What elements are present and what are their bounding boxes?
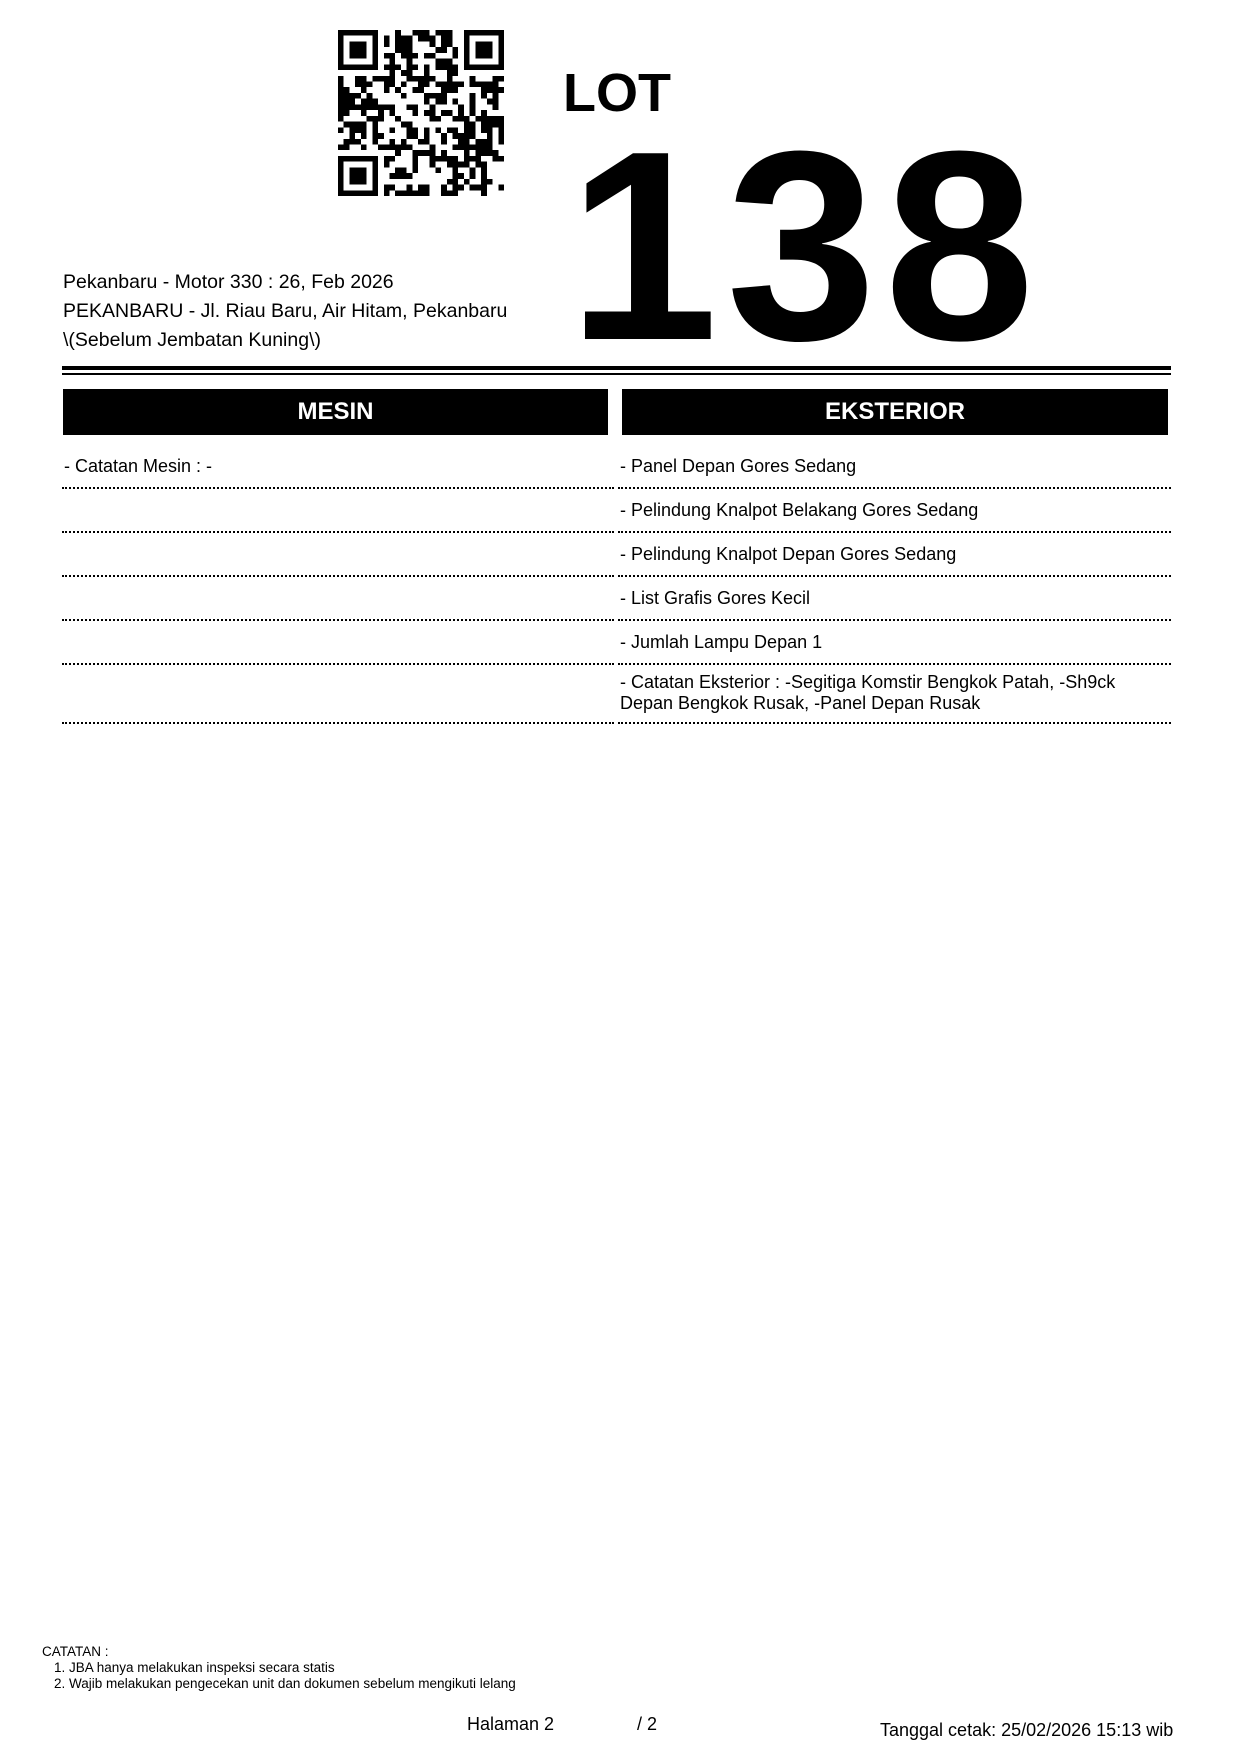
eksterior-row: - Pelindung Knalpot Depan Gores Sedang <box>618 536 1171 577</box>
section-header-eksterior: EKSTERIOR <box>622 389 1168 435</box>
auction-event-line: Pekanbaru - Motor 330 : 26, Feb 2026 <box>63 268 507 297</box>
note-item: JBA hanya melakukan inspeksi secara stat… <box>69 1660 516 1676</box>
note-item: Wajib melakukan pengecekan unit dan doku… <box>69 1676 516 1692</box>
eksterior-row: - Pelindung Knalpot Belakang Gores Sedan… <box>618 492 1171 533</box>
notes-block: CATATAN : JBA hanya melakukan inspeksi s… <box>42 1644 516 1692</box>
auction-address-line: PEKANBARU - Jl. Riau Baru, Air Hitam, Pe… <box>63 297 507 326</box>
auction-address-note: \(Sebelum Jembatan Kuning\) <box>63 326 507 355</box>
eksterior-row: - List Grafis Gores Kecil <box>618 580 1171 621</box>
print-date: Tanggal cetak: 25/02/2026 15:13 wib <box>880 1720 1173 1741</box>
qr-code-icon <box>338 30 504 196</box>
mesin-row: - Catatan Mesin : - <box>62 448 614 489</box>
header-divider-thin <box>62 373 1171 375</box>
lot-number: 138 <box>568 112 1042 382</box>
mesin-row <box>62 536 614 577</box>
eksterior-list: - Panel Depan Gores Sedang - Pelindung K… <box>618 448 1171 724</box>
page-total: / 2 <box>637 1714 657 1735</box>
mesin-row <box>62 580 614 621</box>
eksterior-row: - Jumlah Lampu Depan 1 <box>618 624 1171 665</box>
mesin-row <box>62 624 614 665</box>
notes-title: CATATAN : <box>42 1644 516 1660</box>
section-header-mesin: MESIN <box>63 389 608 435</box>
auction-location: Pekanbaru - Motor 330 : 26, Feb 2026 PEK… <box>63 268 507 355</box>
eksterior-row: - Panel Depan Gores Sedang <box>618 448 1171 489</box>
mesin-row <box>62 492 614 533</box>
mesin-row <box>62 668 614 724</box>
eksterior-row: - Catatan Eksterior : -Segitiga Komstir … <box>618 668 1171 724</box>
mesin-list: - Catatan Mesin : - <box>62 448 614 724</box>
page-number: Halaman 2 <box>467 1714 554 1735</box>
header-divider-thick <box>62 366 1171 370</box>
